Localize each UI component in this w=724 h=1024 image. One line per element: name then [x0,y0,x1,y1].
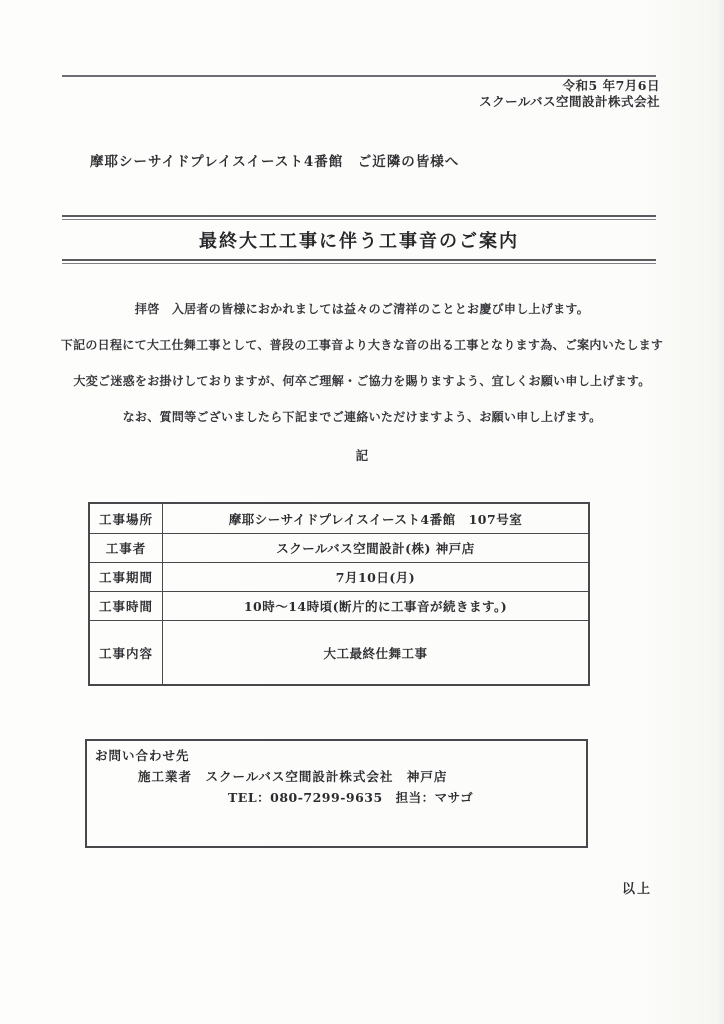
row-label: 工事場所 [90,504,163,533]
title-bottom-rule [62,259,656,264]
document-page: 令和5 年7月6日 スクールバス空間設計株式会社 摩耶シーサイドプレイスイースト… [0,0,724,1024]
row-value: 7月10日(月) [163,563,588,591]
document-title: 最終大工工事に伴う工事音のご案内 [62,220,656,259]
table-row: 工事場所 摩耶シーサイドプレイスイースト4番館 107号室 [90,504,588,533]
document-date: 令和5 年7月6日 [479,78,660,94]
row-label: 工事時間 [90,592,163,620]
row-value: 10時～14時頃(断片的に工事音が続きます。) [163,592,588,620]
body-greeting: 拝啓 入居者の皆様におかれましては益々のご清祥のこととお慶び申し上げます。 [0,300,724,317]
table-row: 工事期間 7月10日(月) [90,562,588,591]
table-row: 工事時間 10時～14時頃(断片的に工事音が続きます。) [90,591,588,620]
company-name: スクールバス空間設計株式会社 [479,94,660,110]
table-row: 工事内容 大工最終仕舞工事 [90,620,588,684]
body-notice: 下記の日程にて大工仕舞工事として、普段の工事音より大きな音の出る工事となります為… [0,336,724,353]
addressee-line: 摩耶シーサイドプレイスイースト4番館 ご近隣の皆様へ [90,150,459,170]
table-row: 工事者 スクールバス空間設計(株) 神戸店 [90,533,588,562]
row-label: 工事期間 [90,563,163,591]
contact-contractor: 施工業者 スクールバス空間設計株式会社 神戸店 [95,766,578,787]
construction-schedule-table: 工事場所 摩耶シーサイドプレイスイースト4番館 107号室 工事者 スクールバス… [88,502,590,686]
title-banner: 最終大工工事に伴う工事音のご案内 [62,215,656,264]
contact-phone: TEL：080-7299-9635 担当：マサゴ [95,787,578,808]
row-value: 摩耶シーサイドプレイスイースト4番館 107号室 [163,504,588,533]
row-label: 工事者 [90,534,163,562]
contact-heading: お問い合わせ先 [95,745,578,766]
row-value: 大工最終仕舞工事 [163,621,588,684]
body-contact-note: なお、質問等ございましたら下記までご連絡いただけますよう、お願い申し上げます。 [0,408,724,425]
body-apology: 大変ご迷惑をお掛けしておりますが、何卒ご理解・ご協力を賜りますよう、宜しくお願い… [0,372,724,389]
row-value: スクールバス空間設計(株) 神戸店 [163,534,588,562]
record-marker: 記 [0,446,724,464]
closing-marker: 以上 [622,878,652,897]
row-label: 工事内容 [90,621,163,684]
header-date-block: 令和5 年7月6日 スクールバス空間設計株式会社 [479,78,660,110]
header-divider-rule [62,75,656,77]
contact-info-box: お問い合わせ先 施工業者 スクールバス空間設計株式会社 神戸店 TEL：080-… [85,739,588,848]
